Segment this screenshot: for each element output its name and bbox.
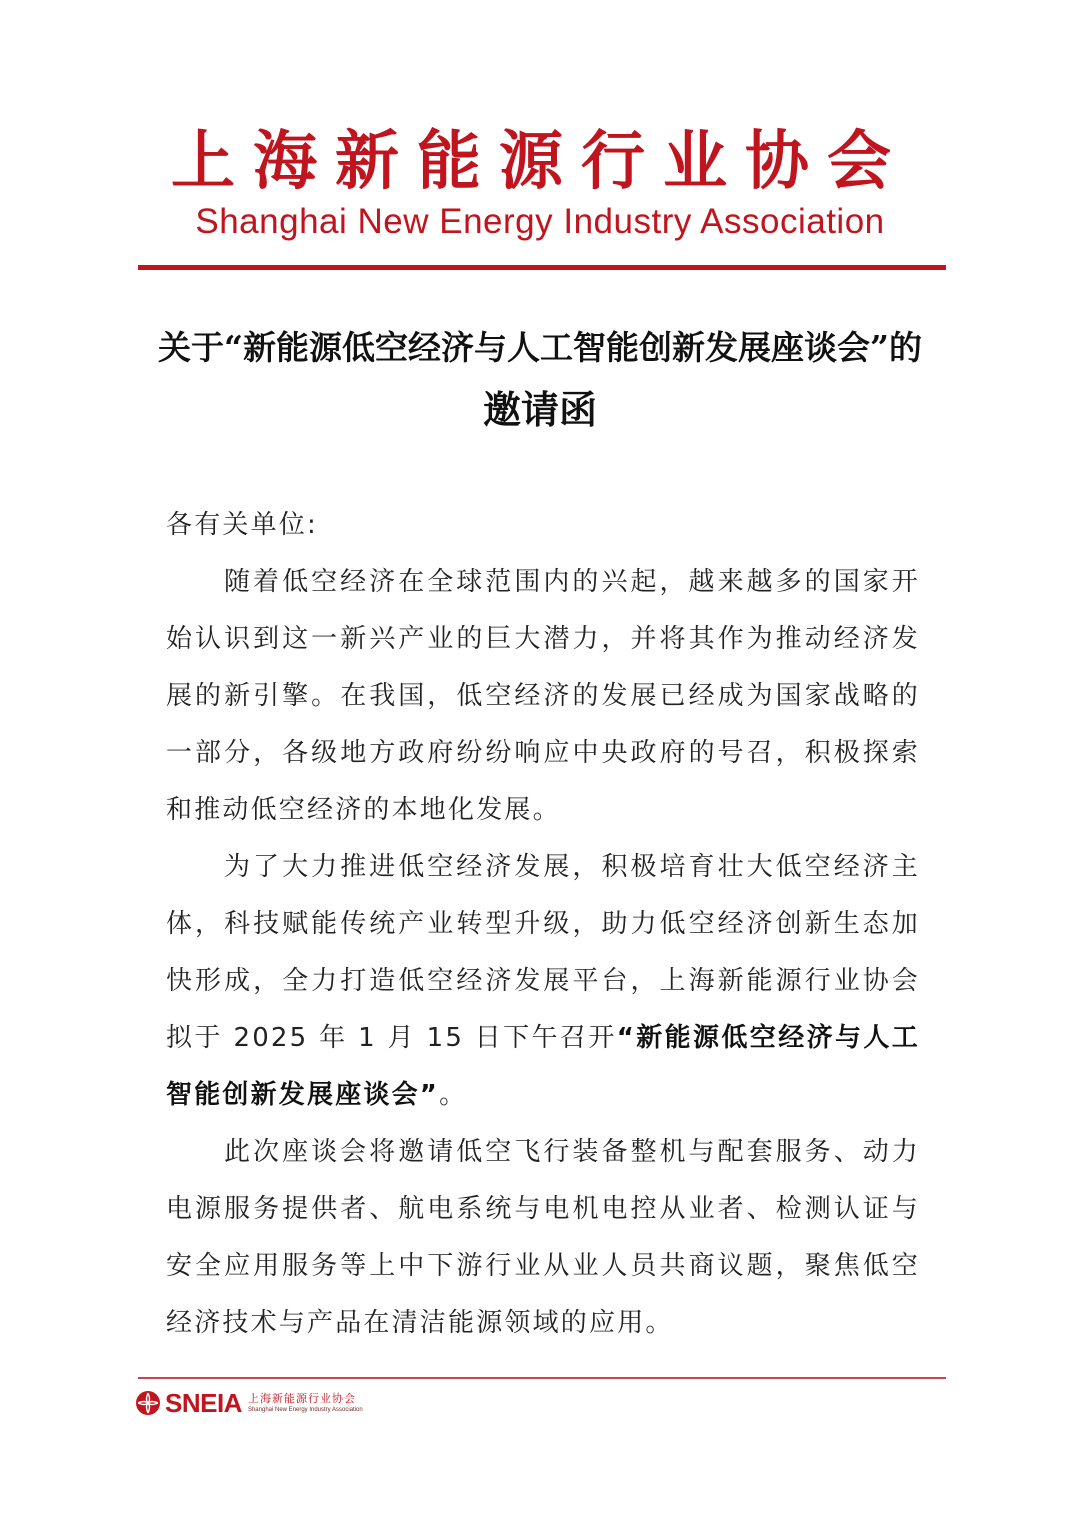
paragraph-2: 为了大力推进低空经济发展，积极培育壮大低空经济主体，科技赋能传统产业转型升级，助…: [166, 839, 920, 1124]
logo-name-cn: 上海新能源行业协会: [248, 1392, 363, 1406]
org-name-en: Shanghai New Energy Industry Association: [0, 200, 1080, 244]
title-line-1: 关于“新能源低空经济与人工智能创新发展座谈会”的: [0, 322, 1080, 374]
header-divider: [138, 265, 946, 270]
logo-names: 上海新能源行业协会 Shanghai New Energy Industry A…: [248, 1392, 363, 1415]
org-name-cn: 上海新能源行业协会: [0, 122, 1080, 202]
footer-divider: [138, 1377, 946, 1379]
logo-name-en: Shanghai New Energy Industry Association: [248, 1406, 363, 1415]
paragraph-2-end: 。: [439, 1080, 467, 1110]
sneia-flower-logo-icon: [135, 1390, 161, 1416]
salutation: 各有关单位:: [166, 497, 920, 554]
footer-logo: SNEIA 上海新能源行业协会 Shanghai New Energy Indu…: [135, 1386, 363, 1420]
paragraph-3: 此次座谈会将邀请低空飞行装备整机与配套服务、动力电源服务提供者、航电系统与电机电…: [166, 1124, 920, 1352]
logo-acronym: SNEIA: [165, 1388, 242, 1419]
letter-body: 各有关单位: 随着低空经济在全球范围内的兴起，越来越多的国家开始认识到这一新兴产…: [166, 497, 920, 1352]
paragraph-1: 随着低空经济在全球范围内的兴起，越来越多的国家开始认识到这一新兴产业的巨大潜力，…: [166, 554, 920, 839]
title-line-2: 邀请函: [0, 382, 1080, 438]
